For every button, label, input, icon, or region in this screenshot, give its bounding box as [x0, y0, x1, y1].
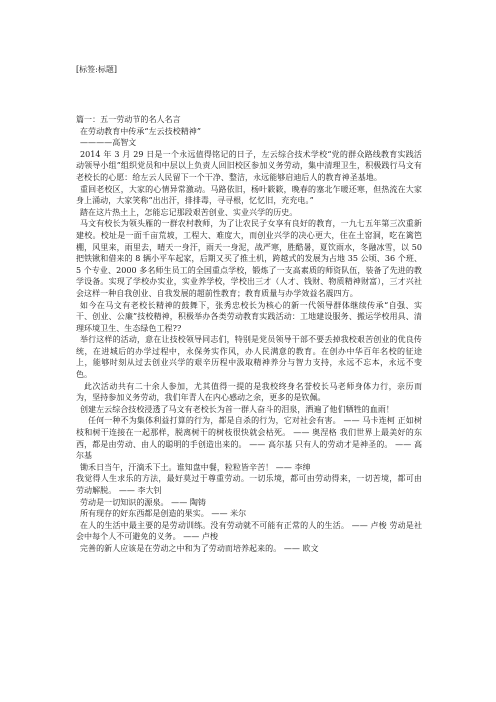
quote-paragraph: 锄禾日当午，汗滴禾下土。谁知盘中餐，粒粒皆辛苦！ —— 李绅: [76, 462, 422, 474]
paragraph: 如今在马文有老校长精神的鼓舞下，张秀忠校长为核心的新一代领导群体继续传承“自强、…: [76, 300, 422, 335]
quote-paragraph: 任何一种不为集体利益打算的行为，都是自杀的行为，它对社会有害。 —— 马卡连柯 …: [76, 415, 422, 461]
paragraph: 举行这样的活动，意在让技校领导同志们，特别是党员领导干部不要丢掉我校艰苦创业的优…: [76, 334, 422, 380]
paragraph: 此次活动共有二十余人参加，尤其值得一提的是我校终身名誉校长马老师身体力行，亲历而…: [76, 381, 422, 404]
quote-paragraph: 我觉得人生求乐的方法，最好莫过于尊重劳动。一切乐境，都可由劳动得来，一切苦境，都…: [76, 473, 422, 496]
paragraph: 创建左云综合技校浸透了马文有老校长为首一群人奋斗的泪泉，洒遍了他们牺牲的血雨！: [76, 404, 422, 416]
paragraph: 马文有校长为领头雁的一群农村教师，为了让农民子女享有良好的教育，一九七五年第三次…: [76, 218, 422, 299]
document-body: 篇一：五一劳动节的名人名言 在劳动教育中传承“左云技校精神” ————高智文 2…: [76, 114, 422, 555]
quote-paragraph: 在人的生活中最主要的是劳动训练。没有劳动就不可能有正常的人的生活。 —— 卢梭 …: [76, 520, 422, 543]
author-line: ————高智文: [76, 137, 422, 149]
paragraph: 2014 年 3 月 29 日是一个永远值得铭记的日子，左云综合技术学校“党的群…: [76, 149, 422, 184]
section-title: 篇一：五一劳动节的名人名言: [76, 114, 422, 126]
document-page: [标签:标题] 篇一：五一劳动节的名人名言 在劳动教育中传承“左云技校精神” —…: [0, 0, 496, 702]
quote-paragraph: 所有现存的好东西都是创造的果实。 —— 米尔: [76, 508, 422, 520]
paragraph: 踏在这片热土上，怎能忘记那段艰苦创业、实业兴学的历史。: [76, 207, 422, 219]
quote-paragraph: 完善的新人应该是在劳动之中和为了劳动而培养起来的。 —— 欧文: [76, 543, 422, 555]
article-title: 在劳动教育中传承“左云技校精神”: [76, 126, 422, 138]
paragraph: 重回老校区，大家的心情异常激动。马路依旧，杨叶簌簌，晚春的塞北乍暖还寒，但热流在…: [76, 184, 422, 207]
quote-paragraph: 劳动是一切知识的源泉。 —— 陶铸: [76, 497, 422, 509]
tag-label: [标签:标题]: [76, 64, 117, 75]
